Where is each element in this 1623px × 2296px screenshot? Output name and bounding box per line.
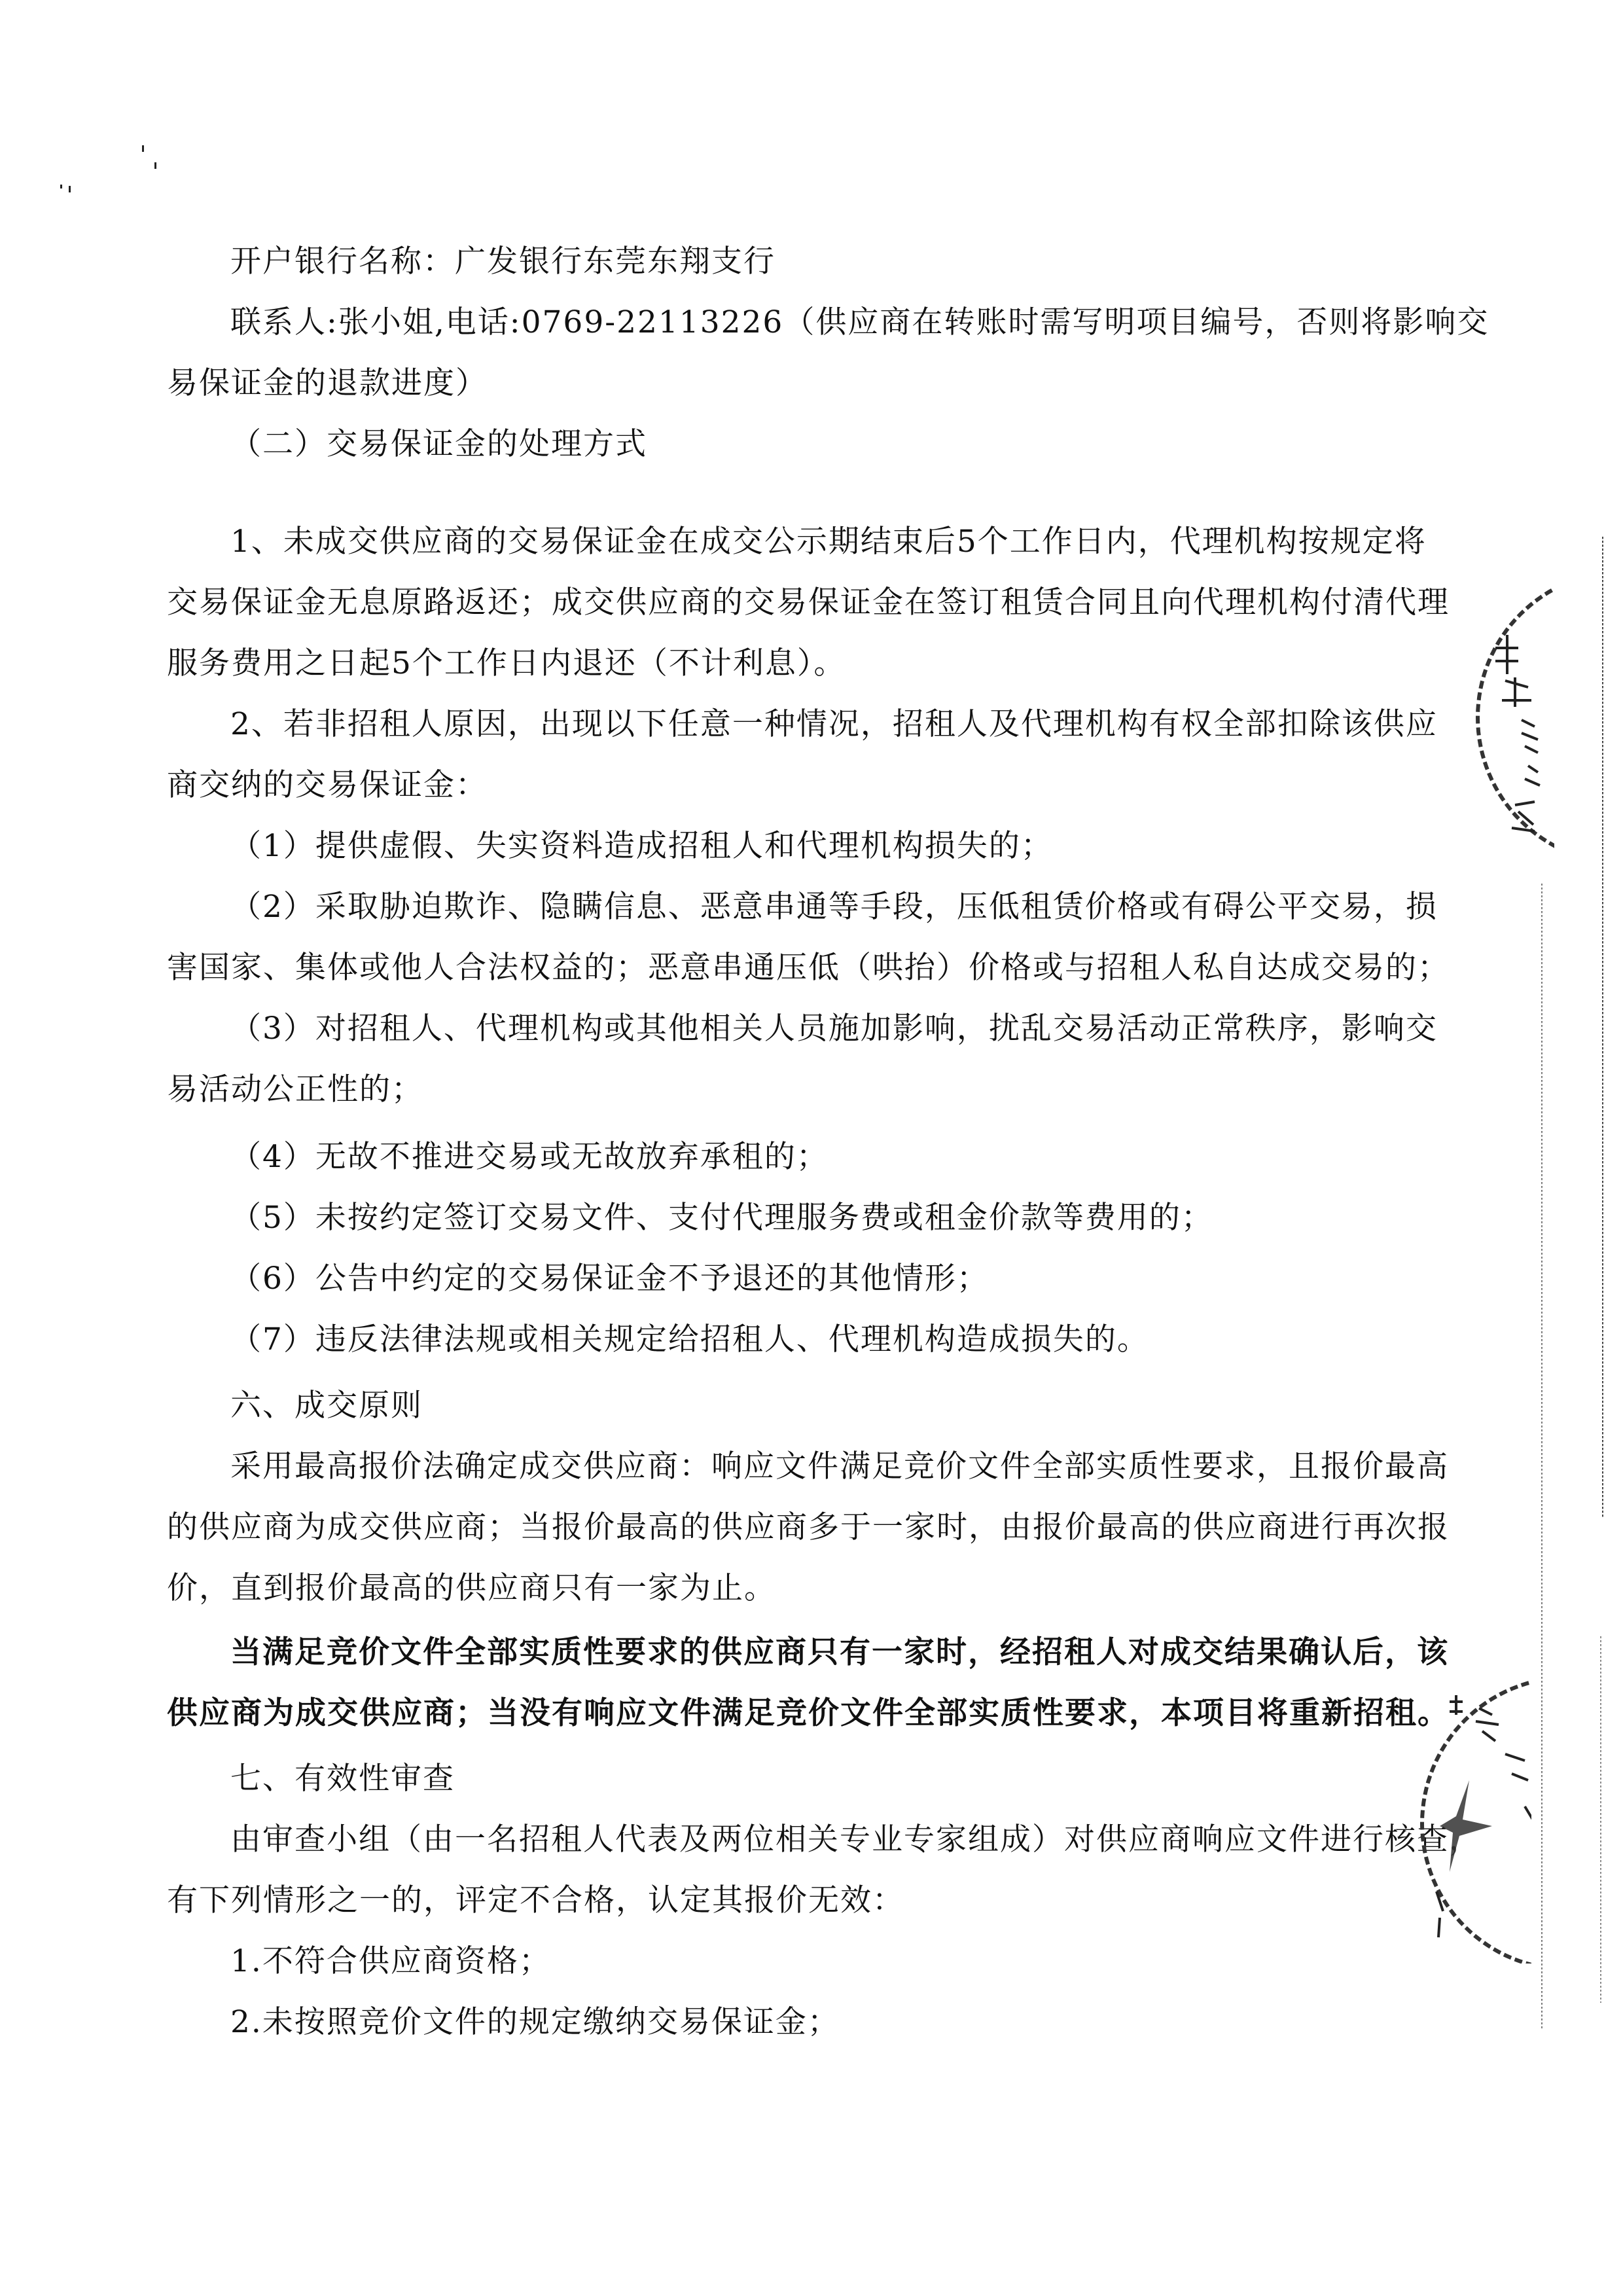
paragraph-line: 2、若非招租人原因，出现以下任意一种情况，招租人及代理机构有权全部扣除该供应 [230,706,1438,743]
paragraph-line: 由审查小组（由一名招租人代表及两位相关专业专家组成）对供应商响应文件进行核查， [230,1821,1481,1858]
list-item: （2）采取胁迫欺诈、隐瞒信息、恶意串通等手段，压低租赁价格或有碍公平交易，损 [230,889,1438,925]
list-item: （4）无故不推进交易或无故放弃承租的； [230,1139,829,1175]
scan-edge-line [1541,884,1543,2029]
paragraph-line: 有下列情形之一的，评定不合格，认定其报价无效： [167,1882,904,1919]
contact-line-cont: 易保证金的退款进度） [167,365,488,402]
paragraph-line: 采用最高报价法确定成交供应商：响应文件满足竞价文件全部实质性要求，且报价最高 [230,1448,1449,1485]
seal-characters-icon [1476,569,1554,857]
paragraph-line: 服务费用之日起5个工作日内退还（不计利息）。 [167,645,846,682]
paragraph-line: 1、未成交供应商的交易保证金在成交公示期结束后5个工作日内，代理机构按规定将 [230,524,1427,560]
paragraph-line: 交易保证金无息原路返还；成交供应商的交易保证金在签订租赁合同且向代理机构付清代理 [167,584,1450,621]
list-item: 2.未按照竞价文件的规定缴纳交易保证金； [230,2004,840,2041]
paragraph-line: 商交纳的交易保证金： [167,767,488,804]
scan-speck [60,185,62,188]
scan-speck [69,186,71,192]
paragraph-line: 的供应商为成交供应商；当报价最高的供应商多于一家时，由报价最高的供应商进行再次报 [167,1509,1450,1546]
list-item-cont: 易活动公正性的； [167,1071,423,1108]
company-seal-top [1476,569,1554,857]
bold-paragraph-line: 供应商为成交供应商；当没有响应文件满足竞价文件全部实质性要求，本项目将重新招租。 [167,1695,1450,1732]
scan-speck [142,145,144,152]
section-heading-validity-review: 七、有效性审查 [230,1761,455,1797]
section-heading-deposit-handling: （二）交易保证金的处理方式 [230,426,647,463]
list-item: （3）对招租人、代理机构或其他相关人员施加影响，扰乱交易活动正常秩序，影响交 [230,1011,1438,1047]
list-item: （7）违反法律法规或相关规定给招租人、代理机构造成损失的。 [230,1321,1149,1358]
list-item-cont: 害国家、集体或他人合法权益的；恶意串通压低（哄抬）价格或与招租人私自达成交易的； [167,950,1450,986]
scan-speck [154,162,156,169]
seal-star-icon [1420,1676,1531,1964]
list-item: （5）未按约定签订交易文件、支付代理服务费或租金价款等费用的； [230,1200,1213,1236]
bank-name-line: 开户银行名称：广发银行东莞东翔支行 [230,243,776,280]
company-seal-bottom [1420,1676,1531,1964]
scan-edge-line [1602,537,1603,1518]
list-item: （1）提供虚假、失实资料造成招租人和代理机构损失的； [230,828,1053,865]
contact-line: 联系人:张小姐,电话:0769-22113226（供应商在转账时需写明项目编号，… [230,304,1489,341]
list-item: 1.不符合供应商资格； [230,1943,551,1980]
scan-edge-line [1600,1636,1601,2003]
list-item: （6）公告中约定的交易保证金不予退还的其他情形； [230,1261,989,1297]
bold-paragraph-line: 当满足竞价文件全部实质性要求的供应商只有一家时，经招租人对成交结果确认后，该 [230,1634,1449,1671]
paragraph-line: 价，直到报价最高的供应商只有一家为止。 [167,1570,776,1607]
section-heading-award-principle: 六、成交原则 [230,1388,423,1424]
